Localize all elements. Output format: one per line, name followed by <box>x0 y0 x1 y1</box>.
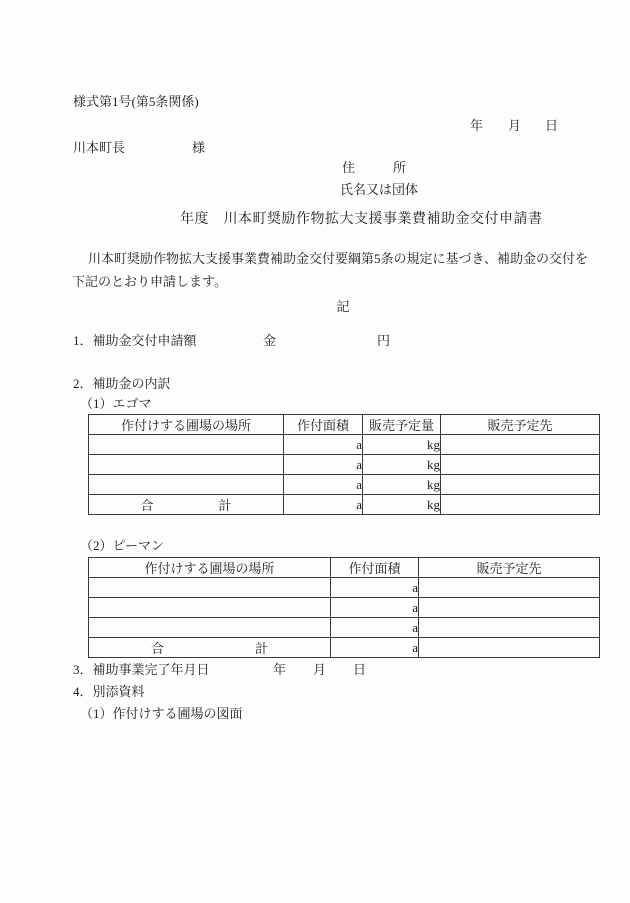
body-line-1: 川本町奨励作物拡大支援事業費補助金交付要綱第5条の規定に基づき、補助金の交付を <box>88 251 588 267</box>
egoma-row2-location <box>89 455 284 475</box>
piiman-row-2: a <box>89 598 600 618</box>
egoma-row1-area-unit: a <box>284 435 363 455</box>
piiman-caption: （2）ピーマン <box>80 538 164 554</box>
egoma-row1-location <box>89 435 284 455</box>
egoma-row-3: a kg <box>89 475 600 495</box>
piiman-total-destination <box>419 638 600 658</box>
piiman-total-area-unit: a <box>331 638 419 658</box>
body-line-2: 下記のとおり申請します。 <box>72 274 227 290</box>
addressee-title: 川本町長 <box>73 140 125 156</box>
piiman-row1-destination <box>419 578 600 598</box>
item4-label: 4．別添資料 <box>73 684 145 700</box>
piiman-total-row: 合 計 a <box>89 638 600 658</box>
item3-month-label: 月 <box>313 662 326 678</box>
item4-attachment1: （1）作付けする圃場の図面 <box>80 706 243 722</box>
egoma-row3-location <box>89 475 284 495</box>
addressee-honorific: 様 <box>192 140 205 156</box>
piiman-row2-location <box>89 598 331 618</box>
egoma-total-quantity-unit: kg <box>363 495 441 515</box>
egoma-row-1: a kg <box>89 435 600 455</box>
egoma-row3-destination <box>441 475 600 495</box>
egoma-header-destination: 販売予定先 <box>441 415 600 435</box>
piiman-row2-destination <box>419 598 600 618</box>
item1-label: 1．補助金交付申請額 <box>73 333 197 349</box>
piiman-row2-area-unit: a <box>331 598 419 618</box>
form-number: 様式第1号(第5条関係) <box>73 94 199 110</box>
egoma-header-area: 作付面積 <box>284 415 363 435</box>
egoma-caption: （1）エゴマ <box>80 396 152 412</box>
date-year-label: 年 <box>470 118 483 134</box>
applicant-address-label-2: 所 <box>393 160 406 176</box>
egoma-total-area-unit: a <box>284 495 363 515</box>
egoma-row2-quantity-unit: kg <box>363 455 441 475</box>
egoma-row3-area-unit: a <box>284 475 363 495</box>
egoma-row-2: a kg <box>89 455 600 475</box>
egoma-table: 作付けする圃場の場所 作付面積 販売予定量 販売予定先 a kg a kg a … <box>88 414 600 515</box>
record-mark: 記 <box>88 296 598 315</box>
piiman-row-3: a <box>89 618 600 638</box>
date-day-label: 日 <box>545 118 558 134</box>
item3-year-label: 年 <box>273 662 286 678</box>
piiman-row1-area-unit: a <box>331 578 419 598</box>
egoma-row1-destination <box>441 435 600 455</box>
piiman-header-location: 作付けする圃場の場所 <box>89 558 331 578</box>
egoma-total-row: 合 計 a kg <box>89 495 600 515</box>
piiman-header-row: 作付けする圃場の場所 作付面積 販売予定先 <box>89 558 600 578</box>
egoma-header-quantity: 販売予定量 <box>363 415 441 435</box>
item2-label: 2．補助金の内訳 <box>73 376 171 392</box>
egoma-row2-destination <box>441 455 600 475</box>
piiman-header-area: 作付面積 <box>331 558 419 578</box>
egoma-total-label: 合 計 <box>89 495 284 515</box>
egoma-total-destination <box>441 495 600 515</box>
piiman-row3-area-unit: a <box>331 618 419 638</box>
piiman-total-label: 合 計 <box>89 638 331 658</box>
piiman-row3-location <box>89 618 331 638</box>
item3-label: 3．補助事業完了年月日 <box>73 662 210 678</box>
item1-amount-unit: 円 <box>377 333 390 349</box>
piiman-table: 作付けする圃場の場所 作付面積 販売予定先 a a a 合 計 a <box>88 557 600 658</box>
item1-amount-prefix: 金 <box>263 333 276 349</box>
piiman-row-1: a <box>89 578 600 598</box>
egoma-row2-area-unit: a <box>284 455 363 475</box>
application-form-page: 様式第1号(第5条関係) 年 月 日 川本町長 様 住 所 氏名又は団体 年度 … <box>0 0 630 903</box>
page-title: 年度 川本町奨励作物拡大支援事業費補助金交付申請書 <box>180 212 543 229</box>
date-month-label: 月 <box>508 118 521 134</box>
piiman-row1-location <box>89 578 331 598</box>
applicant-address-label-1: 住 <box>342 160 355 176</box>
piiman-row3-destination <box>419 618 600 638</box>
applicant-name-label: 氏名又は団体 <box>340 182 418 198</box>
egoma-header-row: 作付けする圃場の場所 作付面積 販売予定量 販売予定先 <box>89 415 600 435</box>
egoma-header-location: 作付けする圃場の場所 <box>89 415 284 435</box>
egoma-row1-quantity-unit: kg <box>363 435 441 455</box>
egoma-row3-quantity-unit: kg <box>363 475 441 495</box>
item3-day-label: 日 <box>353 662 366 678</box>
piiman-header-destination: 販売予定先 <box>419 558 600 578</box>
